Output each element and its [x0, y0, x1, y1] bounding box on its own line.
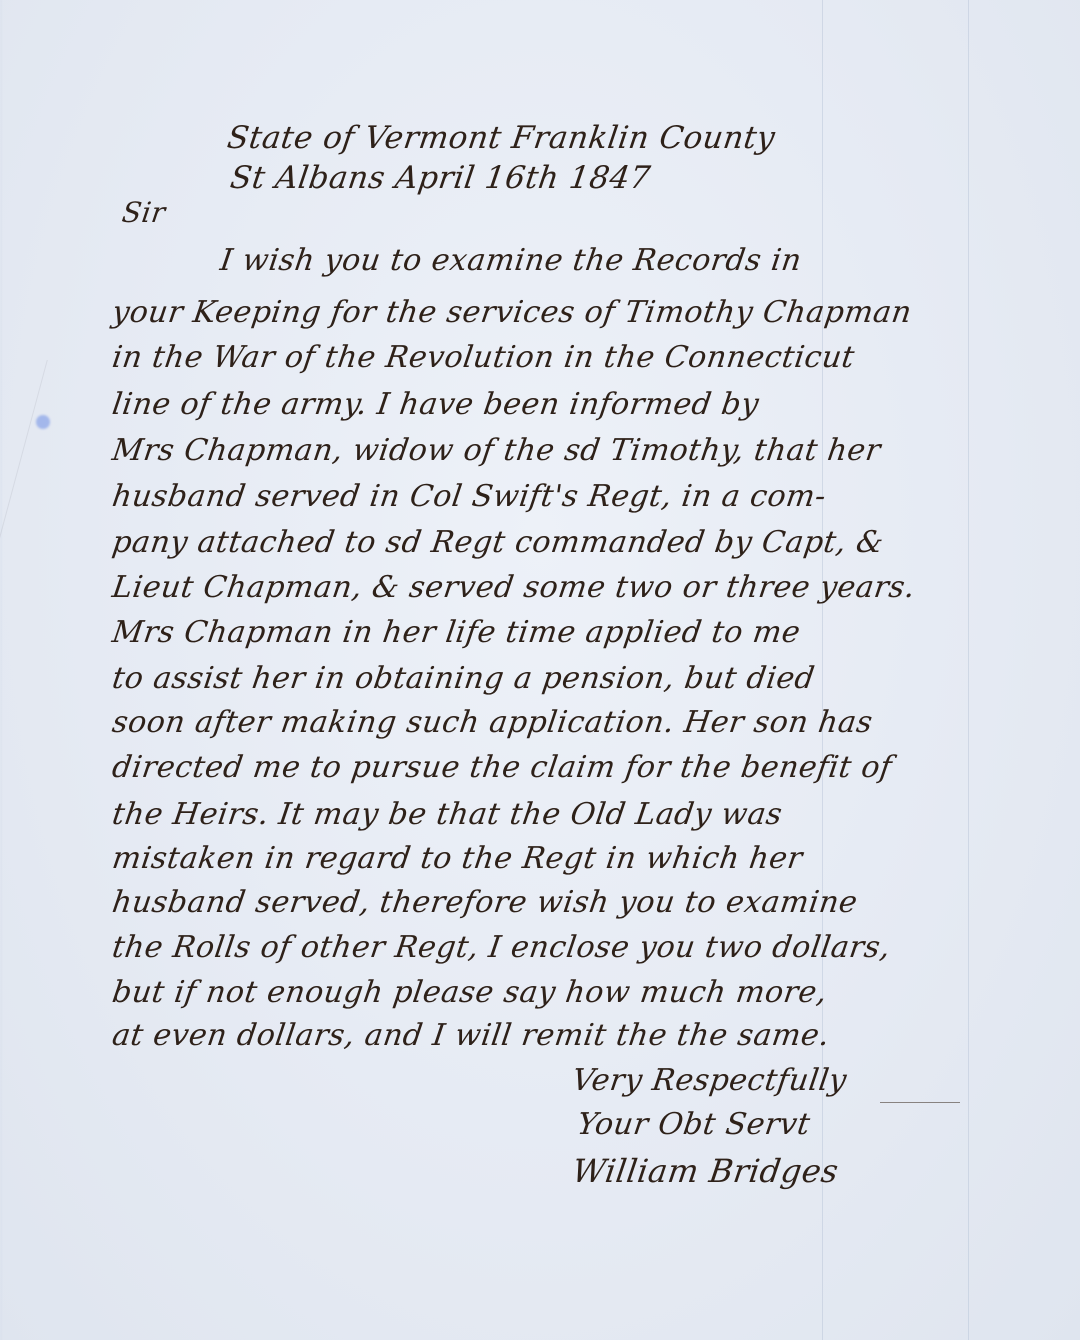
body-line: at even dollars, and I will remit the th…: [110, 1018, 832, 1053]
body-line: Mrs Chapman in her life time applied to …: [110, 615, 803, 650]
body-line: husband served in Col Swift's Regt, in a…: [110, 479, 828, 514]
body-line: soon after making such application. Her …: [110, 705, 875, 740]
salutation: Sir: [120, 196, 168, 229]
body-line: Lieut Chapman, & served some two or thre…: [110, 570, 917, 605]
body-line: line of the army. I have been informed b…: [110, 387, 761, 422]
body-line: mistaken in regard to the Regt in which …: [110, 841, 805, 876]
body-line: directed me to pursue the claim for the …: [110, 750, 894, 785]
body-line: your Keeping for the services of Timothy…: [110, 295, 914, 330]
letter-page: State of Vermont Franklin County St Alba…: [0, 0, 1080, 1340]
body-line: to assist her in obtaining a pension, bu…: [110, 661, 817, 696]
closing-line: Your Obt Servt: [575, 1107, 812, 1142]
body-line: husband served, therefore wish you to ex…: [110, 885, 860, 920]
heading-date: St Albans April 16th 1847: [228, 160, 653, 196]
signature-flourish: [880, 1102, 960, 1103]
body-line: in the War of the Revolution in the Conn…: [110, 340, 857, 375]
margin-ghost-writing: [0, 360, 128, 560]
body-line: but if not enough please say how much mo…: [110, 975, 829, 1010]
paper-fold-line: [822, 0, 823, 1340]
body-line: Mrs Chapman, widow of the sd Timothy, th…: [110, 433, 883, 468]
body-line: pany attached to sd Regt commanded by Ca…: [110, 525, 886, 560]
body-line: the Rolls of other Regt, I enclose you t…: [110, 930, 893, 965]
blue-ink-dot: [36, 415, 50, 429]
heading-place: State of Vermont Franklin County: [225, 120, 777, 156]
closing-line: Very Respectfully: [570, 1063, 849, 1098]
body-line: the Heirs. It may be that the Old Lady w…: [110, 797, 785, 832]
body-line: I wish you to examine the Records in: [218, 243, 804, 278]
paper-fold-line: [968, 0, 969, 1340]
signature: William Bridges: [570, 1152, 841, 1190]
